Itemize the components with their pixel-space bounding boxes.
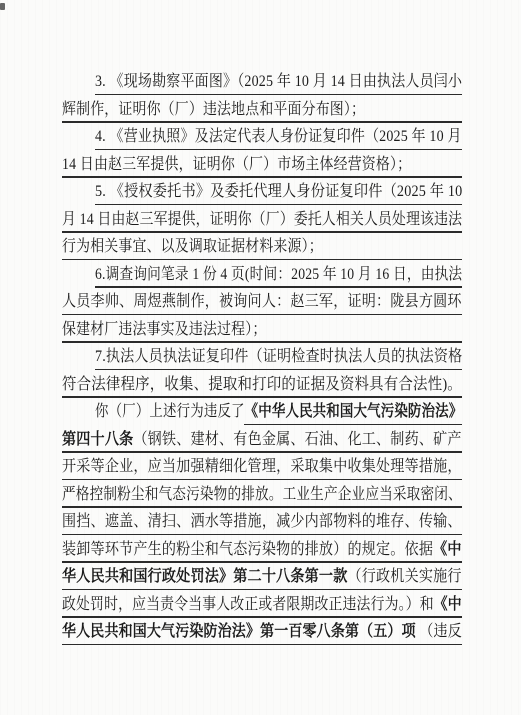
text-line: 5. 《授权委托书》及委托代理人身份证复印件（2025 年 10 [62,178,463,206]
text-line-content: 行为相关事宜、以及调取证据材料来源）； [62,233,323,261]
text-segment: 月 14 日由赵三军提供，证明你（厂）委托人相关人员处理该违法 [62,211,462,228]
text-line: 6.调查询问笔录 1 份 4 页(时间：2025 年 10 月 16 日，由执法 [62,261,463,289]
text-line-content: 严格控制粉尘和气态污染物的排放。工业生产企业应当采取密闭、 [62,481,462,509]
law-citation-text: 华人民共和国行政处罚法》第二十八条第一款 [62,568,347,585]
text-line-content: 保建材厂违法事实及违法过程）； [62,316,266,344]
text-segment: 严格控制粉尘和气态污染物的排放。工业生产企业应当采取密闭、 [62,486,462,503]
text-line-content: 围挡、遮盖、清扫、洒水等措施，减少内部物料的堆存、传输、 [62,508,462,536]
text-line: 行为相关事宜、以及调取证据材料来源）； [62,233,463,261]
text-line: 严格控制粉尘和气态污染物的排放。工业生产企业应当采取密闭、 [62,481,463,509]
text-segment: 围挡、遮盖、清扫、洒水等措施，减少内部物料的堆存、传输、 [62,513,462,530]
text-line: 7.执法人员执法证复印件（证明检查时执法人员的执法资格 [62,343,463,371]
text-line: 装卸等环节产生的粉尘和气态污染物的排放）的规定。依据《中 [62,536,463,564]
text-line: 围挡、遮盖、清扫、洒水等措施，减少内部物料的堆存、传输、 [62,508,463,536]
text-line-content: 华人民共和国大气污染防治法》第一百零八条第（五）项 （违反 [62,618,462,646]
text-segment: 3. 《现场勘察平面图》（2025 年 10 月 14 日由执法人员闫小 [95,73,462,90]
text-segment: 7.执法人员执法证复印件（证明检查时执法人员的执法资格 [95,348,462,365]
text-segment: 符合法律程序，收集、提取和打印的证据及资料具有合法性)。 [62,376,462,393]
text-line: 开采等企业，应当加强精细化管理，采取集中收集处理等措施， [62,453,463,481]
text-line: 4. 《营业执照》及法定代表人身份证复印件（2025 年 10 月 [62,123,463,151]
text-line: 保建材厂违法事实及违法过程）； [62,316,463,344]
law-citation-text: 《中 [434,596,462,613]
text-line: 月 14 日由赵三军提供，证明你（厂）委托人相关人员处理该违法 [62,206,463,234]
text-segment: （钢铁、建材、有色金属、石油、化工、制药、矿产 [133,431,461,448]
text-segment: 保建材厂违法事实及违法过程）； [62,321,266,338]
text-line-content: 第四十八条（钢铁、建材、有色金属、石油、化工、制药、矿产 [62,426,462,454]
text-line: 14 日由赵三军提供，证明你（厂）市场主体经营资格）； [62,151,463,179]
scan-artifact [0,3,5,10]
text-line-content: 5. 《授权委托书》及委托代理人身份证复印件（2025 年 10 [95,178,462,206]
text-line: 你（厂）上述行为违反了《中华人民共和国大气污染防治法》 [62,398,463,426]
text-line: 3. 《现场勘察平面图》（2025 年 10 月 14 日由执法人员闫小 [62,68,463,96]
text-segment: 6.调查询问笔录 1 份 4 页(时间：2025 年 10 月 16 日，由执法 [95,266,462,283]
text-segment: 开采等企业，应当加强精细化管理，采取集中收集处理等措施， [62,458,462,475]
law-citation-text: 《中 [433,541,462,558]
text-segment: （违反 [416,623,462,640]
text-line-content: 符合法律程序，收集、提取和打印的证据及资料具有合法性)。 [62,371,462,399]
text-line-content: 月 14 日由赵三军提供，证明你（厂）委托人相关人员处理该违法 [62,206,462,234]
text-segment: 4. 《营业执照》及法定代表人身份证复印件（2025 年 10 月 [95,128,462,145]
text-line-content: 辉制作，证明你（厂）违法地点和平面分布图）； [62,96,365,124]
text-line-content: 政处罚时，应当责令当事人改正或者限期改正违法行为。）和《中 [62,591,462,619]
text-segment: 你（厂）上述行为违反了 [95,403,245,420]
text-line-content: 6.调查询问笔录 1 份 4 页(时间：2025 年 10 月 16 日，由执法 [95,261,462,289]
text-line: 辉制作，证明你（厂）违法地点和平面分布图）； [62,96,463,124]
text-segment: 装卸等环节产生的粉尘和气态污染物的排放）的规定。依据 [62,541,433,558]
text-line: 华人民共和国行政处罚法》第二十八条第一款（行政机关实施行 [62,563,463,591]
text-line: 政处罚时，应当责令当事人改正或者限期改正违法行为。）和《中 [62,591,463,619]
text-segment: 政处罚时，应当责令当事人改正或者限期改正违法行为。）和 [62,596,434,613]
text-line-content: 人员李帅、周煜燕制作，被询问人：赵三军，证明：陇县方圆环 [62,288,462,316]
text-line: 符合法律程序，收集、提取和打印的证据及资料具有合法性)。 [62,371,463,399]
text-line: 人员李帅、周煜燕制作，被询问人：赵三军，证明：陇县方圆环 [62,288,463,316]
text-segment: 5. 《授权委托书》及委托代理人身份证复印件（2025 年 10 [95,183,462,200]
scanned-document-page: 3. 《现场勘察平面图》（2025 年 10 月 14 日由执法人员闫小辉制作，… [0,0,521,715]
text-line: 第四十八条（钢铁、建材、有色金属、石油、化工、制药、矿产 [62,426,463,454]
text-line-content: 装卸等环节产生的粉尘和气态污染物的排放）的规定。依据《中 [62,536,462,564]
text-line-content: 4. 《营业执照》及法定代表人身份证复印件（2025 年 10 月 [95,123,462,151]
text-line-content: 14 日由赵三军提供，证明你（厂）市场主体经营资格）； [62,151,411,179]
text-segment: （行政机关实施行 [347,568,461,585]
text-line-content: 7.执法人员执法证复印件（证明检查时执法人员的执法资格 [95,343,462,371]
text-line-content: 开采等企业，应当加强精细化管理，采取集中收集处理等措施， [62,453,462,481]
text-segment: 14 日由赵三军提供，证明你（厂）市场主体经营资格）； [62,156,411,173]
law-citation-text: 华人民共和国大气污染防治法》第一百零八条第（五）项 [62,623,416,640]
underline [62,644,462,646]
document-text-block: 3. 《现场勘察平面图》（2025 年 10 月 14 日由执法人员闫小辉制作，… [62,68,463,646]
text-segment: 行为相关事宜、以及调取证据材料来源）； [62,238,323,255]
text-line-content: 你（厂）上述行为违反了《中华人民共和国大气污染防治法》 [95,398,462,426]
law-citation-text: 《中华人民共和国大气污染防治法》 [245,403,463,420]
text-line-content: 华人民共和国行政处罚法》第二十八条第一款（行政机关实施行 [62,563,462,591]
text-segment: 人员李帅、周煜燕制作，被询问人：赵三军，证明：陇县方圆环 [62,293,462,310]
text-line: 华人民共和国大气污染防治法》第一百零八条第（五）项 （违反 [62,618,463,646]
law-citation-text: 第四十八条 [62,431,133,448]
text-line-content: 3. 《现场勘察平面图》（2025 年 10 月 14 日由执法人员闫小 [95,68,462,96]
text-segment: 辉制作，证明你（厂）违法地点和平面分布图）； [62,101,365,118]
